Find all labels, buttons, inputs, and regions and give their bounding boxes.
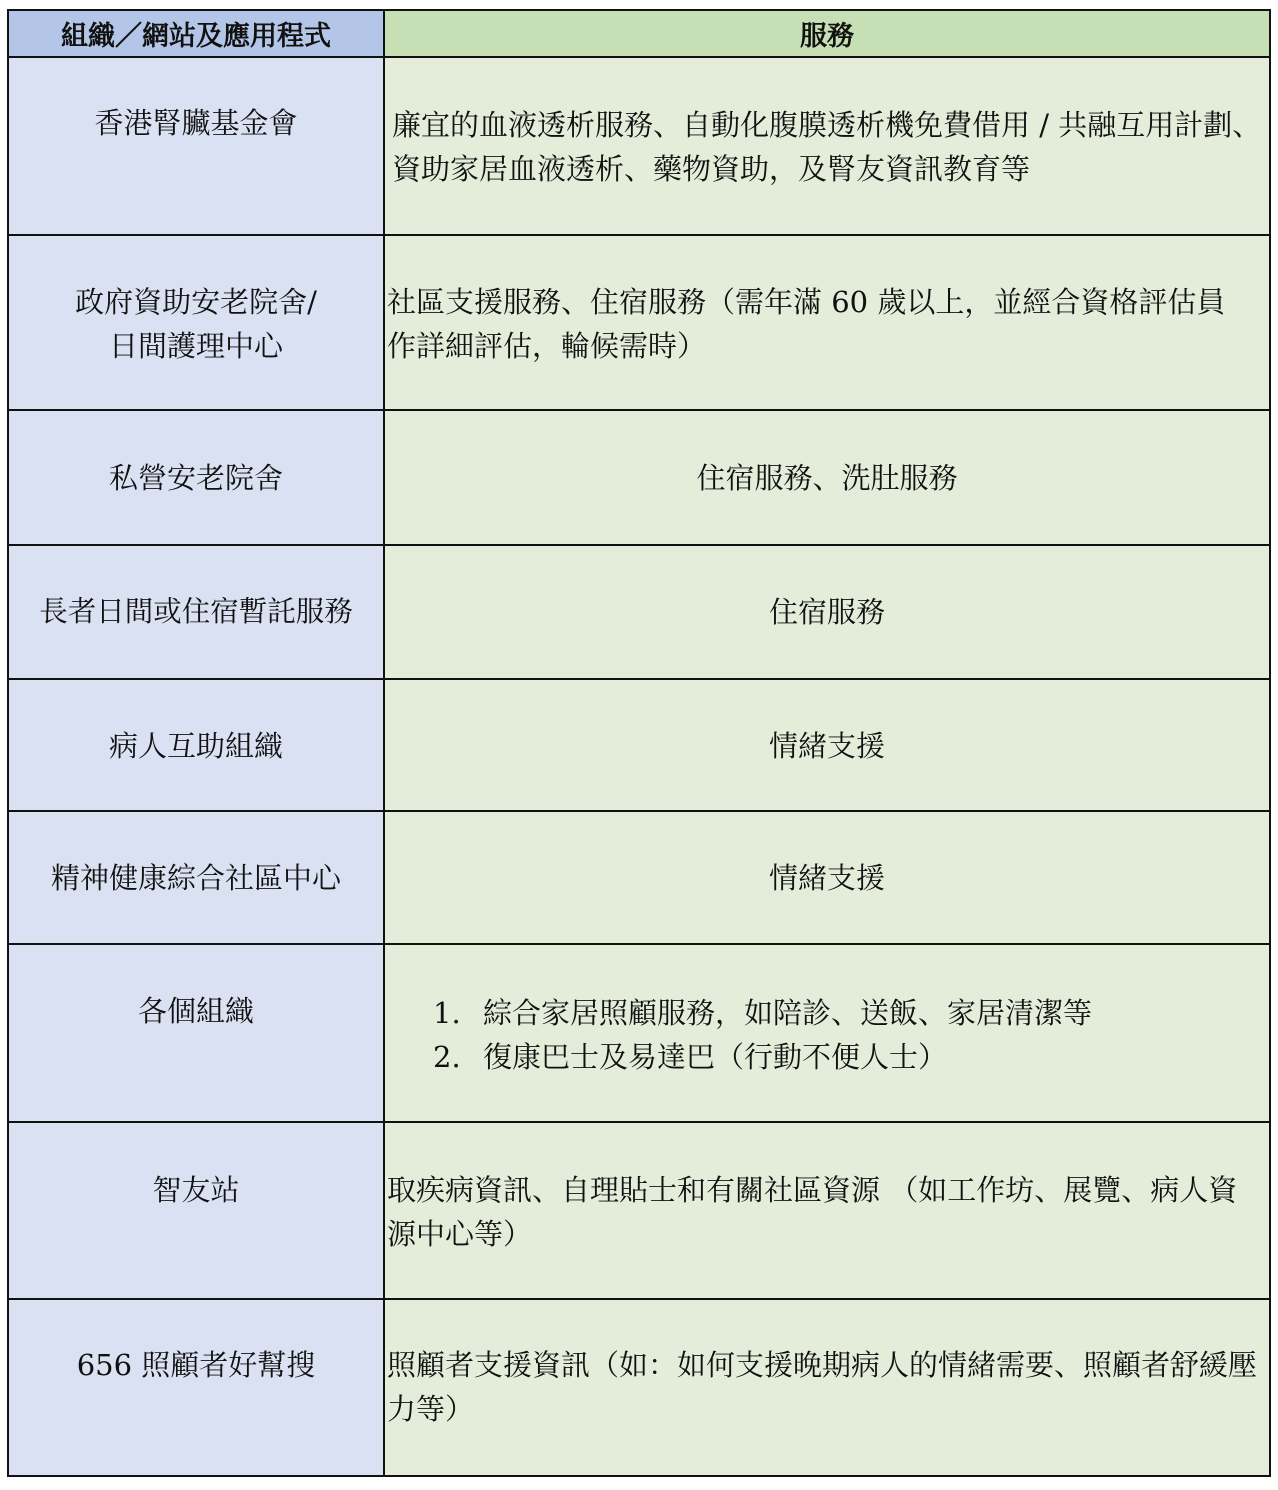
table-header-row: 組織／網站及應用程式 服務: [8, 10, 1270, 57]
list-number: 2.: [433, 1035, 483, 1079]
org-name: 病人互助組織: [9, 680, 383, 768]
org-cell: 智友站: [8, 1122, 384, 1299]
org-cell: 私營安老院舍: [8, 410, 384, 545]
table-row: 各個組織 1.綜合家居照顧服務，如陪診、送飯、家居清潔等 2.復康巴士及易達巴（…: [8, 944, 1270, 1122]
org-name: 各個組織: [9, 945, 383, 1033]
list-item: 1.綜合家居照顧服務，如陪診、送飯、家居清潔等: [433, 991, 1269, 1035]
list-text: 復康巴士及易達巴（行動不便人士）: [483, 1040, 947, 1074]
header-service: 服務: [384, 10, 1270, 57]
table-row: 精神健康綜合社區中心 情緒支援: [8, 811, 1270, 944]
org-cell: 病人互助組織: [8, 679, 384, 811]
service-text: 廉宜的血液透析服務、自動化腹膜透析機免費借用 / 共融互用計劃、資助家居血液透析…: [387, 58, 1269, 191]
service-text: 取疾病資訊、自理貼士和有關社區資源 （如工作坊、展覽、病人資源中心等）: [387, 1123, 1269, 1256]
org-cell: 政府資助安老院舍/ 日間護理中心: [8, 235, 384, 410]
org-name: 智友站: [9, 1123, 383, 1212]
table-row: 香港腎臟基金會 廉宜的血液透析服務、自動化腹膜透析機免費借用 / 共融互用計劃、…: [8, 57, 1270, 235]
table-row: 私營安老院舍 住宿服務、洗肚服務: [8, 410, 1270, 545]
list-number: 1.: [433, 991, 483, 1035]
service-text: 照顧者支援資訊（如：如何支援晚期病人的情緒需要、照顧者舒緩壓力等）: [387, 1300, 1269, 1431]
service-text: 住宿服務: [385, 546, 1269, 634]
service-text: 社區支援服務、住宿服務（需年滿 60 歲以上，並經合資格評估員作詳細評估，輪候需…: [387, 236, 1269, 368]
org-cell: 各個組織: [8, 944, 384, 1122]
org-name: 香港腎臟基金會: [9, 58, 383, 145]
services-table: 組織／網站及應用程式 服務 香港腎臟基金會 廉宜的血液透析服務、自動化腹膜透析機…: [7, 9, 1271, 1477]
table-row: 656 照顧者好幫搜 照顧者支援資訊（如：如何支援晚期病人的情緒需要、照顧者舒緩…: [8, 1299, 1270, 1476]
org-name: 長者日間或住宿暫託服務: [9, 546, 383, 634]
org-cell: 656 照顧者好幫搜: [8, 1299, 384, 1476]
table-row: 智友站 取疾病資訊、自理貼士和有關社區資源 （如工作坊、展覽、病人資源中心等）: [8, 1122, 1270, 1299]
table-row: 病人互助組織 情緒支援: [8, 679, 1270, 811]
org-name: 私營安老院舍: [9, 411, 383, 500]
service-cell: 取疾病資訊、自理貼士和有關社區資源 （如工作坊、展覽、病人資源中心等）: [384, 1122, 1270, 1299]
service-cell: 住宿服務: [384, 545, 1270, 679]
org-cell: 精神健康綜合社區中心: [8, 811, 384, 944]
org-name: 精神健康綜合社區中心: [9, 812, 383, 900]
org-name: 656 照顧者好幫搜: [9, 1300, 383, 1387]
org-cell: 香港腎臟基金會: [8, 57, 384, 235]
table-row: 長者日間或住宿暫託服務 住宿服務: [8, 545, 1270, 679]
service-list: 1.綜合家居照顧服務，如陪診、送飯、家居清潔等 2.復康巴士及易達巴（行動不便人…: [385, 945, 1269, 1079]
list-text: 綜合家居照顧服務，如陪診、送飯、家居清潔等: [483, 996, 1092, 1030]
service-cell: 1.綜合家居照顧服務，如陪診、送飯、家居清潔等 2.復康巴士及易達巴（行動不便人…: [384, 944, 1270, 1122]
table-row: 政府資助安老院舍/ 日間護理中心 社區支援服務、住宿服務（需年滿 60 歲以上，…: [8, 235, 1270, 410]
service-text: 情緒支援: [385, 812, 1269, 900]
service-cell: 情緒支援: [384, 679, 1270, 811]
service-cell: 情緒支援: [384, 811, 1270, 944]
service-cell: 社區支援服務、住宿服務（需年滿 60 歲以上，並經合資格評估員作詳細評估，輪候需…: [384, 235, 1270, 410]
service-text: 情緒支援: [385, 680, 1269, 768]
org-cell: 長者日間或住宿暫託服務: [8, 545, 384, 679]
service-cell: 廉宜的血液透析服務、自動化腹膜透析機免費借用 / 共融互用計劃、資助家居血液透析…: [384, 57, 1270, 235]
service-cell: 照顧者支援資訊（如：如何支援晚期病人的情緒需要、照顧者舒緩壓力等）: [384, 1299, 1270, 1476]
service-cell: 住宿服務、洗肚服務: [384, 410, 1270, 545]
org-name-line-1: 政府資助安老院舍/: [9, 280, 383, 324]
header-organization: 組織／網站及應用程式: [8, 10, 384, 57]
service-text: 住宿服務、洗肚服務: [385, 411, 1269, 500]
org-name-line-2: 日間護理中心: [9, 324, 383, 368]
list-item: 2.復康巴士及易達巴（行動不便人士）: [433, 1035, 1269, 1079]
